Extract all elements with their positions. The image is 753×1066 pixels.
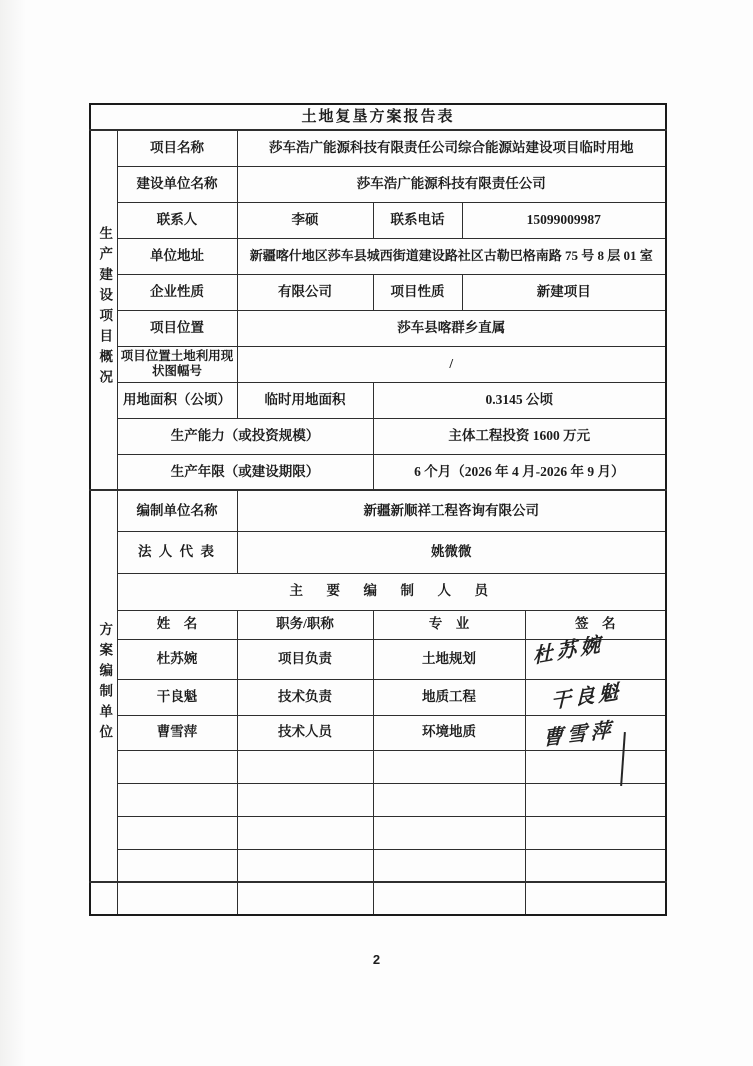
section1-side-label: 生产建设项目概况 bbox=[90, 130, 117, 490]
project-nature-value: 新建项目 bbox=[462, 274, 666, 310]
address-row: 单位地址 新疆喀什地区莎车县城西街道建设路社区古勒巴格南路 75 号 8 层 0… bbox=[90, 238, 666, 274]
staff-banner: 主 要 编 制 人 员 bbox=[117, 573, 666, 610]
empty-staff-row bbox=[90, 849, 666, 882]
empty-staff-row bbox=[90, 750, 666, 783]
staff-major: 地质工程 bbox=[373, 679, 525, 715]
land-area-label: 用地面积（公顷） bbox=[117, 382, 237, 418]
empty-cell bbox=[373, 816, 525, 849]
location-value: 莎车县喀群乡直属 bbox=[237, 310, 666, 346]
staff-signature-cell: 杜苏婉 bbox=[525, 639, 666, 679]
address-value: 新疆喀什地区莎车县城西街道建设路社区古勒巴格南路 75 号 8 层 01 室 bbox=[237, 238, 666, 274]
staff-row: 曹雪萍 技术人员 环境地质 曹雪萍 bbox=[90, 715, 666, 750]
contact-value: 李硕 bbox=[237, 202, 373, 238]
legal-rep-value: 姚微微 bbox=[237, 531, 666, 573]
table-title: 土地复垦方案报告表 bbox=[90, 104, 666, 130]
capacity-row: 生产能力（或投资规模） 主体工程投资 1600 万元 bbox=[90, 418, 666, 454]
staff-row: 杜苏婉 项目负责 土地规划 杜苏婉 bbox=[90, 639, 666, 679]
report-table: 土地复垦方案报告表 生产建设项目概况 项目名称 莎车浩广能源科技有限责任公司综合… bbox=[89, 103, 667, 916]
org-row: 方案编制单位 编制单位名称 新疆新顺祥工程咨询有限公司 bbox=[90, 490, 666, 531]
build-unit-value: 莎车浩广能源科技有限责任公司 bbox=[237, 166, 666, 202]
side-label-text: 生产建设项目概况 bbox=[95, 226, 112, 390]
org-value: 新疆新顺祥工程咨询有限公司 bbox=[237, 490, 666, 531]
staff-name: 曹雪萍 bbox=[117, 715, 237, 750]
address-label: 单位地址 bbox=[117, 238, 237, 274]
map-sheet-value: / bbox=[237, 346, 666, 382]
page-number: 2 bbox=[0, 952, 753, 967]
staff-row: 干良魁 技术负责 地质工程 干良魁 bbox=[90, 679, 666, 715]
project-name-value: 莎车浩广能源科技有限责任公司综合能源站建设项目临时用地 bbox=[237, 130, 666, 166]
staff-name: 干良魁 bbox=[117, 679, 237, 715]
staff-title: 技术负责 bbox=[237, 679, 373, 715]
capacity-value: 主体工程投资 1600 万元 bbox=[373, 418, 666, 454]
nature-row: 企业性质 有限公司 项目性质 新建项目 bbox=[90, 274, 666, 310]
empty-cell bbox=[237, 816, 373, 849]
phone-value: 15099009987 bbox=[462, 202, 666, 238]
col-header-title: 职务/职称 bbox=[237, 610, 373, 639]
location-label: 项目位置 bbox=[117, 310, 237, 346]
phone-label: 联系电话 bbox=[373, 202, 462, 238]
scanned-page: 土地复垦方案报告表 生产建设项目概况 项目名称 莎车浩广能源科技有限责任公司综合… bbox=[0, 0, 753, 1066]
empty-cell bbox=[373, 750, 525, 783]
staff-title: 技术人员 bbox=[237, 715, 373, 750]
handwritten-signature: 曹雪萍 bbox=[543, 717, 615, 751]
staff-name: 杜苏婉 bbox=[117, 639, 237, 679]
bottom-empty-row bbox=[90, 882, 666, 915]
scan-edge-shadow bbox=[0, 0, 26, 1066]
capacity-label: 生产能力（或投资规模） bbox=[117, 418, 373, 454]
staff-banner-row: 主 要 编 制 人 员 bbox=[90, 573, 666, 610]
empty-cell bbox=[525, 882, 666, 915]
legal-rep-row: 法 人 代 表 姚微微 bbox=[90, 531, 666, 573]
legal-rep-label: 法 人 代 表 bbox=[117, 531, 237, 573]
temp-area-value: 0.3145 公顷 bbox=[373, 382, 666, 418]
staff-major: 环境地质 bbox=[373, 715, 525, 750]
staff-major: 土地规划 bbox=[373, 639, 525, 679]
build-unit-row: 建设单位名称 莎车浩广能源科技有限责任公司 bbox=[90, 166, 666, 202]
duration-value: 6 个月（2026 年 4 月-2026 年 9 月） bbox=[373, 454, 666, 490]
empty-staff-row bbox=[90, 816, 666, 849]
empty-cell bbox=[237, 783, 373, 816]
land-area-row: 用地面积（公顷） 临时用地面积 0.3145 公顷 bbox=[90, 382, 666, 418]
empty-cell bbox=[117, 816, 237, 849]
empty-cell bbox=[237, 882, 373, 915]
handwritten-signature: 干良魁 bbox=[551, 679, 622, 714]
contact-row: 联系人 李硕 联系电话 15099009987 bbox=[90, 202, 666, 238]
col-header-major: 专 业 bbox=[373, 610, 525, 639]
section2-side-label: 方案编制单位 bbox=[90, 490, 117, 882]
empty-cell bbox=[525, 750, 666, 783]
empty-cell bbox=[525, 783, 666, 816]
empty-cell bbox=[117, 783, 237, 816]
empty-cell bbox=[373, 783, 525, 816]
col-header-name: 姓 名 bbox=[117, 610, 237, 639]
empty-cell bbox=[373, 882, 525, 915]
title-row: 土地复垦方案报告表 bbox=[90, 104, 666, 130]
project-nature-label: 项目性质 bbox=[373, 274, 462, 310]
temp-area-label: 临时用地面积 bbox=[237, 382, 373, 418]
empty-side-cell bbox=[90, 882, 117, 915]
side-label-text: 方案编制单位 bbox=[95, 622, 112, 745]
duration-row: 生产年限（或建设期限） 6 个月（2026 年 4 月-2026 年 9 月） bbox=[90, 454, 666, 490]
empty-cell bbox=[525, 849, 666, 882]
empty-cell bbox=[117, 882, 237, 915]
empty-cell bbox=[525, 816, 666, 849]
empty-staff-row bbox=[90, 783, 666, 816]
staff-title: 项目负责 bbox=[237, 639, 373, 679]
map-sheet-row: 项目位置土地利用现状图幅号 / bbox=[90, 346, 666, 382]
empty-cell bbox=[237, 849, 373, 882]
staff-signature-cell: 干良魁 bbox=[525, 679, 666, 715]
duration-label: 生产年限（或建设期限） bbox=[117, 454, 373, 490]
org-label: 编制单位名称 bbox=[117, 490, 237, 531]
empty-cell bbox=[117, 750, 237, 783]
empty-cell bbox=[237, 750, 373, 783]
empty-cell bbox=[117, 849, 237, 882]
project-name-label: 项目名称 bbox=[117, 130, 237, 166]
build-unit-label: 建设单位名称 bbox=[117, 166, 237, 202]
enterprise-nature-label: 企业性质 bbox=[117, 274, 237, 310]
location-row: 项目位置 莎车县喀群乡直属 bbox=[90, 310, 666, 346]
empty-cell bbox=[373, 849, 525, 882]
staff-signature-cell: 曹雪萍 bbox=[525, 715, 666, 750]
enterprise-nature-value: 有限公司 bbox=[237, 274, 373, 310]
project-name-row: 生产建设项目概况 项目名称 莎车浩广能源科技有限责任公司综合能源站建设项目临时用… bbox=[90, 130, 666, 166]
map-sheet-label: 项目位置土地利用现状图幅号 bbox=[117, 346, 237, 382]
contact-label: 联系人 bbox=[117, 202, 237, 238]
